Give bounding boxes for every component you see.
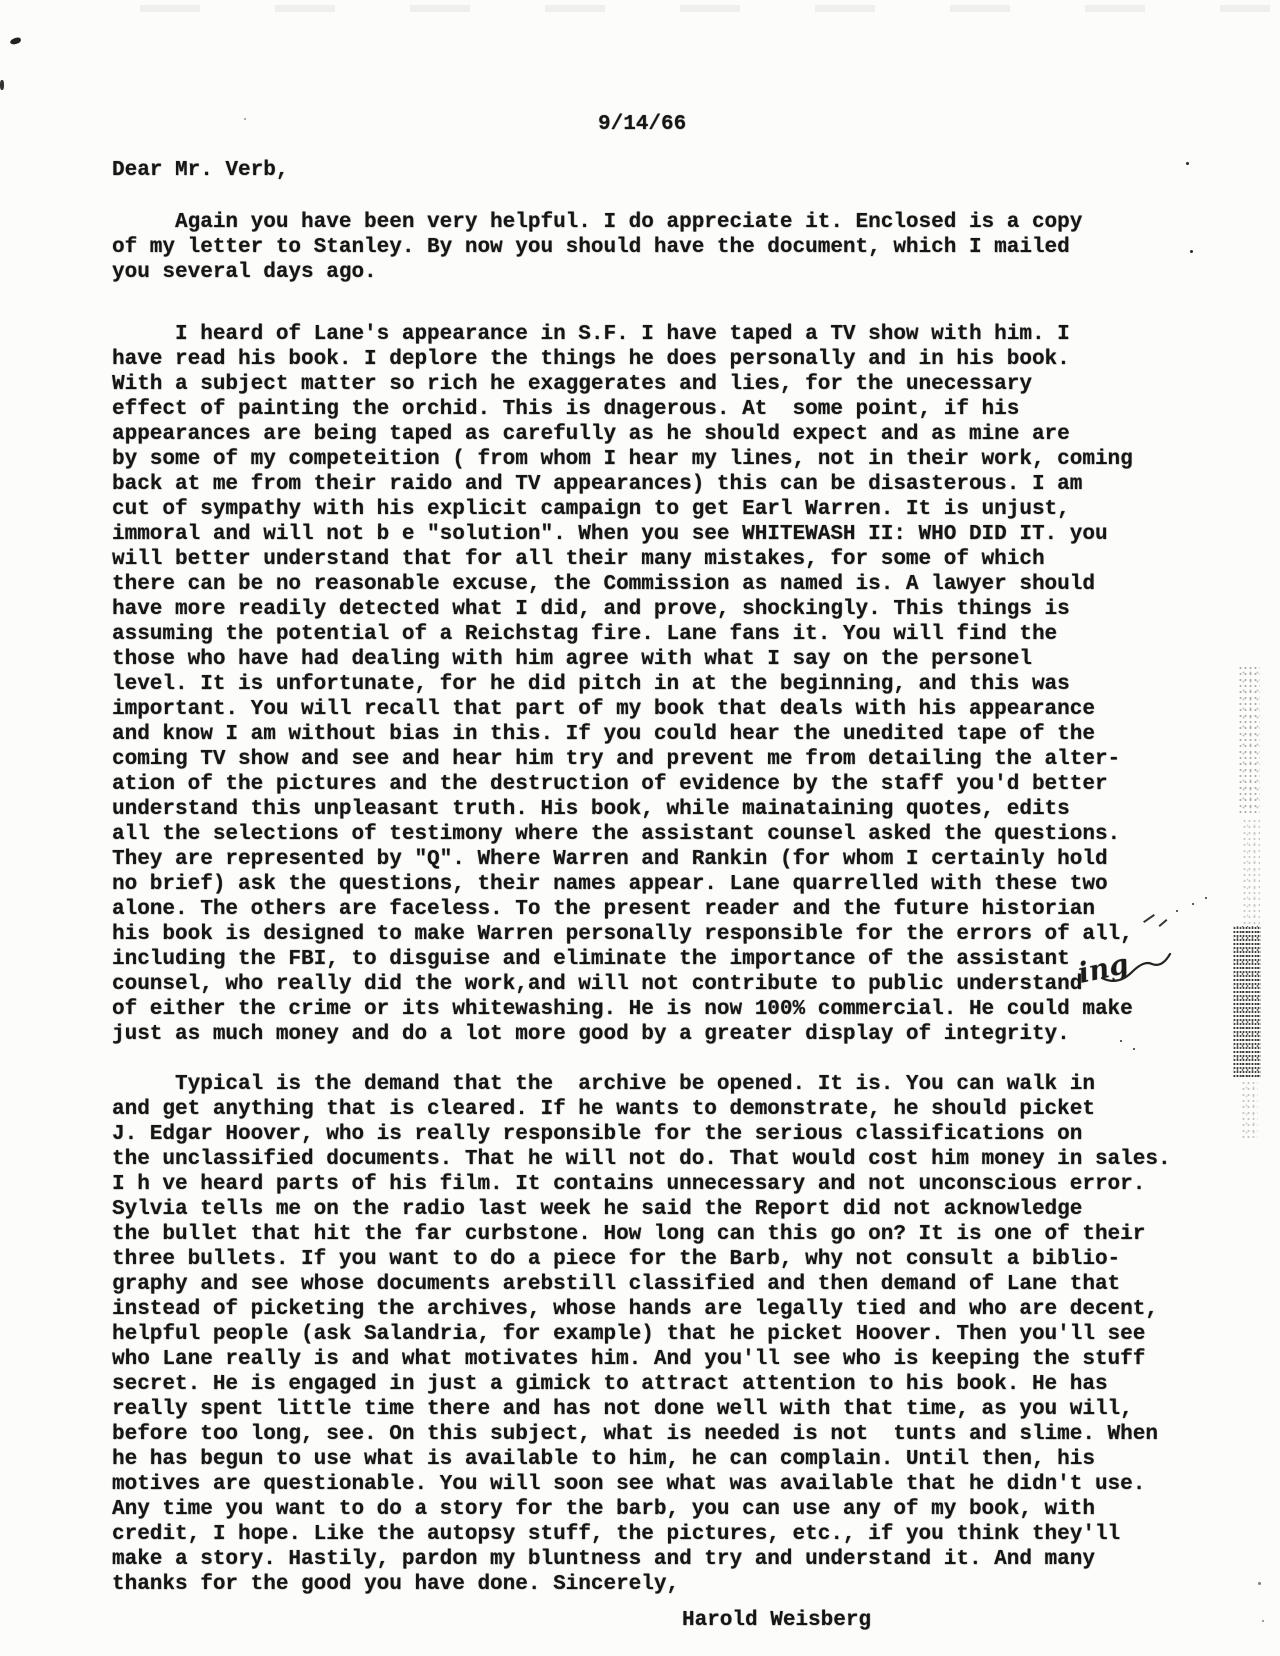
letter-paragraph: Typical is the demand that the archive b…: [112, 1072, 1171, 1597]
signature-name: Harold Weisberg: [682, 1608, 871, 1633]
ink-speck: [1205, 897, 1207, 899]
scan-noise-band: [1241, 1080, 1258, 1138]
pen-mark: [1159, 919, 1168, 927]
handwriting-flourish: [1100, 948, 1174, 994]
scan-noise-band: [1242, 818, 1260, 924]
ink-speck: [244, 118, 246, 120]
ink-speck: [1120, 1040, 1122, 1042]
scan-edge-dashes: [140, 5, 1270, 12]
ink-speck: [1186, 162, 1189, 165]
pen-mark: [1143, 914, 1155, 923]
date-line: 9/14/66: [598, 112, 686, 137]
ink-speck: [1104, 938, 1106, 940]
letter-paragraph: Again you have been very helpful. I do a…: [112, 210, 1082, 285]
salutation: Dear Mr. Verb,: [112, 158, 288, 183]
scan-noise-band: [1233, 926, 1261, 1078]
ink-smudge-left-edge: [0, 80, 4, 90]
scan-noise-band: [1238, 665, 1260, 813]
ink-speck: [1262, 1620, 1264, 1622]
ink-smudge-topleft: [9, 37, 21, 46]
ink-speck: [1258, 1582, 1261, 1585]
letter-paragraph: I heard of Lane's appearance in S.F. I h…: [112, 322, 1133, 1047]
ink-speck: [1190, 250, 1193, 253]
ink-speck: [1133, 1048, 1135, 1050]
ink-speck: [1176, 910, 1178, 912]
ink-speck: [1192, 903, 1194, 905]
letter-page: 9/14/66 Dear Mr. Verb, Again you have be…: [0, 0, 1280, 1656]
